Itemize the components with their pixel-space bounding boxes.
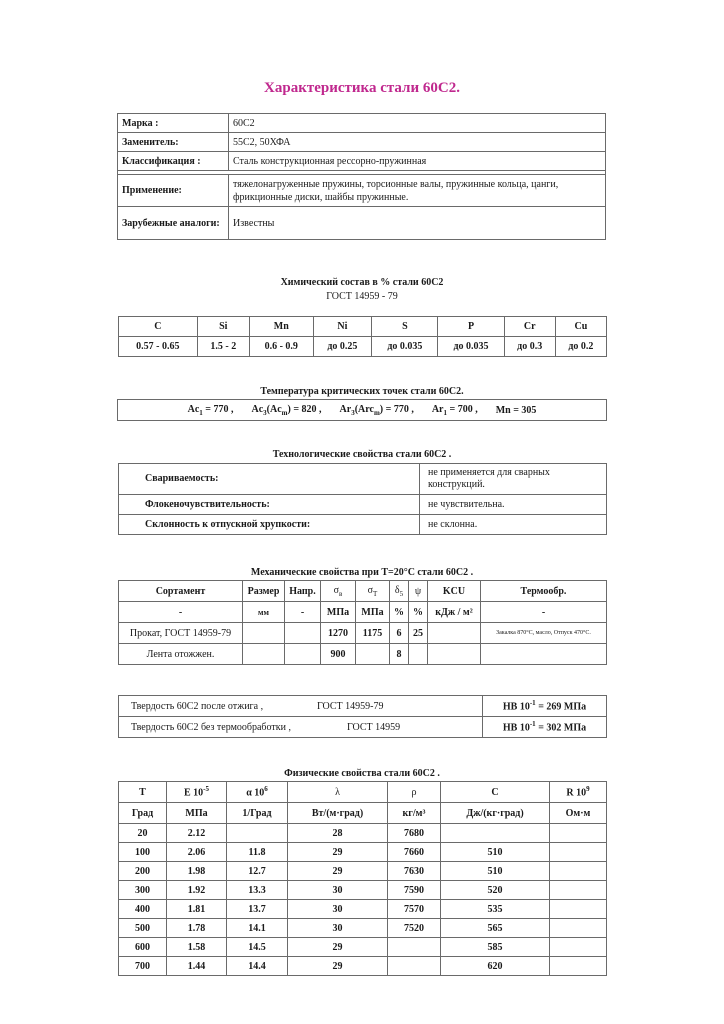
table-row: 4001.8113.7307570535 [119, 900, 607, 919]
phys-cell: 13.3 [227, 881, 288, 900]
phys-cell: 400 [119, 900, 167, 919]
mech-header: Сортамент [119, 581, 243, 602]
mech-cell [243, 623, 285, 644]
phys-table: TE 10-5α 106λρCR 109 ГрадМПа1/ГрадВт/(м·… [118, 781, 607, 976]
ar3-value: Ar3(Arcm) = 770 , [340, 404, 414, 417]
phys-cell: 20 [119, 824, 167, 843]
critical-caption: Температура критических точек стали 60С2… [0, 386, 724, 397]
phys-cell [550, 881, 607, 900]
phys-unit: Дж/(кг·град) [441, 803, 550, 824]
phys-cell: 14.5 [227, 938, 288, 957]
phys-header: α 106 [227, 782, 288, 803]
chem-table: CSiMnNiSPCrCu 0.57 - 0.651.5 - 20.6 - 0.… [118, 316, 607, 357]
mech-unit: % [390, 602, 409, 623]
phys-cell: 28 [288, 824, 388, 843]
ar1-value: Ar1 = 700 , [432, 404, 478, 417]
phys-cell: 1.58 [167, 938, 227, 957]
phys-cell: 500 [119, 919, 167, 938]
mech-header: KCU [428, 581, 481, 602]
phys-unit: Ом·м [550, 803, 607, 824]
phys-unit: Град [119, 803, 167, 824]
mech-cell [285, 623, 321, 644]
mech-cell [356, 644, 390, 665]
mech-cell [428, 644, 481, 665]
mech-cell: 1270 [321, 623, 356, 644]
mech-cell: 900 [321, 644, 356, 665]
chem-header: S [372, 317, 438, 337]
mech-cell [481, 644, 607, 665]
phys-cell: 7660 [388, 843, 441, 862]
tech-key: Склонность к отпускной хрупкости: [119, 515, 420, 535]
phys-cell: 1.44 [167, 957, 227, 976]
hardness-value: HB 10-1 = 269 МПа [483, 696, 607, 717]
mech-cell [285, 644, 321, 665]
phys-cell: 1.92 [167, 881, 227, 900]
phys-cell: 29 [288, 843, 388, 862]
phys-unit: 1/Град [227, 803, 288, 824]
phys-cell: 600 [119, 938, 167, 957]
info-value: тяжелонагруженные пружины, торсионные ва… [229, 175, 606, 207]
mech-unit: кДж / м² [428, 602, 481, 623]
phys-cell [441, 824, 550, 843]
chem-header: Cu [555, 317, 606, 337]
mn-value: Mn = 305 [496, 405, 537, 416]
table-row: 202.12287680 [119, 824, 607, 843]
chem-header: Si [197, 317, 249, 337]
table-row: 7001.4414.429620 [119, 957, 607, 976]
phys-cell: 30 [288, 919, 388, 938]
phys-cell: 14.1 [227, 919, 288, 938]
tech-caption: Технологические свойства стали 60С2 . [0, 449, 724, 460]
tech-table: Свариваемость:не применяется для сварных… [118, 463, 607, 535]
chem-value: 1.5 - 2 [197, 337, 249, 357]
phys-cell: 30 [288, 900, 388, 919]
phys-cell: 535 [441, 900, 550, 919]
phys-cell [227, 824, 288, 843]
mech-header: Термообр. [481, 581, 607, 602]
chem-value: до 0.2 [555, 337, 606, 357]
mech-cell [428, 623, 481, 644]
chem-standard: ГОСТ 14959 - 79 [0, 291, 724, 302]
phys-unit: МПа [167, 803, 227, 824]
phys-unit: кг/м³ [388, 803, 441, 824]
ac1-value: Ac1 = 770 , [188, 404, 234, 417]
tech-key: Флокеночувствительность: [119, 495, 420, 515]
chem-header: Mn [249, 317, 313, 337]
phys-cell [550, 824, 607, 843]
phys-cell: 1.98 [167, 862, 227, 881]
mech-unit: - [481, 602, 607, 623]
phys-cell: 510 [441, 843, 550, 862]
phys-header: T [119, 782, 167, 803]
mech-cell: 25 [409, 623, 428, 644]
phys-cell [550, 900, 607, 919]
phys-cell: 29 [288, 957, 388, 976]
phys-cell [550, 862, 607, 881]
hardness-table: Твердость 60С2 после отжига ,ГОСТ 14959-… [118, 695, 607, 738]
phys-cell: 200 [119, 862, 167, 881]
chem-header: P [438, 317, 504, 337]
info-value: Известны [229, 207, 606, 240]
phys-cell: 12.7 [227, 862, 288, 881]
phys-cell: 585 [441, 938, 550, 957]
phys-cell: 700 [119, 957, 167, 976]
table-row: Лента отожжен.9008 [119, 644, 607, 665]
phys-cell: 300 [119, 881, 167, 900]
phys-cell: 520 [441, 881, 550, 900]
table-row: 3001.9213.3307590520 [119, 881, 607, 900]
mech-unit: - [119, 602, 243, 623]
phys-cell [388, 957, 441, 976]
critical-points: Ac1 = 770 , Ac3(Acm) = 820 , Ar3(Arcm) =… [117, 399, 607, 421]
mech-unit: МПа [356, 602, 390, 623]
mech-caption: Механические свойства при Т=20°С стали 6… [0, 567, 724, 578]
hardness-label: Твердость 60С2 после отжига ,ГОСТ 14959-… [119, 696, 483, 717]
table-row: Прокат, ГОСТ 14959-7912701175625Закалка … [119, 623, 607, 644]
mech-cell: 8 [390, 644, 409, 665]
chem-value: до 0.25 [313, 337, 372, 357]
mech-unit: МПа [321, 602, 356, 623]
mech-header: ψ [409, 581, 428, 602]
table-row: 1002.0611.8297660510 [119, 843, 607, 862]
page-title: Характеристика стали 60С2. [0, 80, 724, 97]
phys-header: λ [288, 782, 388, 803]
info-key: Зарубежные аналоги: [118, 207, 229, 240]
phys-cell: 29 [288, 938, 388, 957]
chem-value: до 0.3 [504, 337, 555, 357]
chem-header: C [119, 317, 198, 337]
phys-cell: 7680 [388, 824, 441, 843]
phys-cell: 11.8 [227, 843, 288, 862]
chem-value: 0.6 - 0.9 [249, 337, 313, 357]
mech-header: δ5 [390, 581, 409, 602]
mech-cell: Прокат, ГОСТ 14959-79 [119, 623, 243, 644]
info-value: Сталь конструкционная рессорно-пружинная [229, 152, 606, 171]
mech-header: Размер [243, 581, 285, 602]
phys-cell [550, 938, 607, 957]
phys-cell [388, 938, 441, 957]
phys-header: E 10-5 [167, 782, 227, 803]
hardness-label: Твердость 60С2 без термообработки ,ГОСТ … [119, 717, 483, 738]
tech-value: не применяется для сварных конструкций. [420, 464, 607, 495]
chem-header: Ni [313, 317, 372, 337]
phys-cell: 100 [119, 843, 167, 862]
info-key: Заменитель: [118, 133, 229, 152]
phys-header: C [441, 782, 550, 803]
info-key: Применение: [118, 175, 229, 207]
phys-caption: Физические свойства стали 60С2 . [0, 768, 724, 779]
ac3-value: Ac3(Acm) = 820 , [251, 404, 321, 417]
chem-value: до 0.035 [372, 337, 438, 357]
table-row: 5001.7814.1307520565 [119, 919, 607, 938]
mech-cell [243, 644, 285, 665]
phys-cell: 30 [288, 881, 388, 900]
mech-unit: % [409, 602, 428, 623]
tech-value: не склонна. [420, 515, 607, 535]
chem-value: 0.57 - 0.65 [119, 337, 198, 357]
mech-cell: 1175 [356, 623, 390, 644]
phys-cell: 565 [441, 919, 550, 938]
chem-value: до 0.035 [438, 337, 504, 357]
phys-cell: 7590 [388, 881, 441, 900]
mech-table: СортаментРазмерНапр.σвσTδ5ψKCUТермообр. … [118, 580, 607, 665]
table-row: 2001.9812.7297630510 [119, 862, 607, 881]
phys-cell: 7630 [388, 862, 441, 881]
chem-caption: Химический состав в % стали 60С2 [0, 277, 724, 288]
phys-cell: 620 [441, 957, 550, 976]
phys-cell: 1.78 [167, 919, 227, 938]
phys-cell [550, 919, 607, 938]
info-value: 55С2, 50ХФА [229, 133, 606, 152]
hardness-value: HB 10-1 = 302 МПа [483, 717, 607, 738]
mech-cell [409, 644, 428, 665]
mech-header: σT [356, 581, 390, 602]
mech-cell: Закалка 870°C, масло, Отпуск 470°C. [481, 623, 607, 644]
phys-cell: 29 [288, 862, 388, 881]
mech-cell: Лента отожжен. [119, 644, 243, 665]
mech-unit: - [285, 602, 321, 623]
phys-cell: 7570 [388, 900, 441, 919]
phys-cell: 1.81 [167, 900, 227, 919]
phys-cell [550, 957, 607, 976]
chem-header: Cr [504, 317, 555, 337]
phys-cell: 2.12 [167, 824, 227, 843]
info-key: Классификация : [118, 152, 229, 171]
table-row: 6001.5814.529585 [119, 938, 607, 957]
info-key: Марка : [118, 114, 229, 133]
steel-info-table: Марка :60С2 Заменитель:55С2, 50ХФА Класс… [117, 113, 606, 240]
phys-cell: 13.7 [227, 900, 288, 919]
info-value: 60С2 [229, 114, 606, 133]
mech-header: σв [321, 581, 356, 602]
mech-cell: 6 [390, 623, 409, 644]
phys-cell: 7520 [388, 919, 441, 938]
phys-header: ρ [388, 782, 441, 803]
phys-unit: Вт/(м·град) [288, 803, 388, 824]
phys-cell: 2.06 [167, 843, 227, 862]
phys-cell: 510 [441, 862, 550, 881]
tech-value: не чувствительна. [420, 495, 607, 515]
mech-header: Напр. [285, 581, 321, 602]
phys-cell: 14.4 [227, 957, 288, 976]
tech-key: Свариваемость: [119, 464, 420, 495]
mech-unit: мм [243, 602, 285, 623]
phys-header: R 109 [550, 782, 607, 803]
phys-cell [550, 843, 607, 862]
